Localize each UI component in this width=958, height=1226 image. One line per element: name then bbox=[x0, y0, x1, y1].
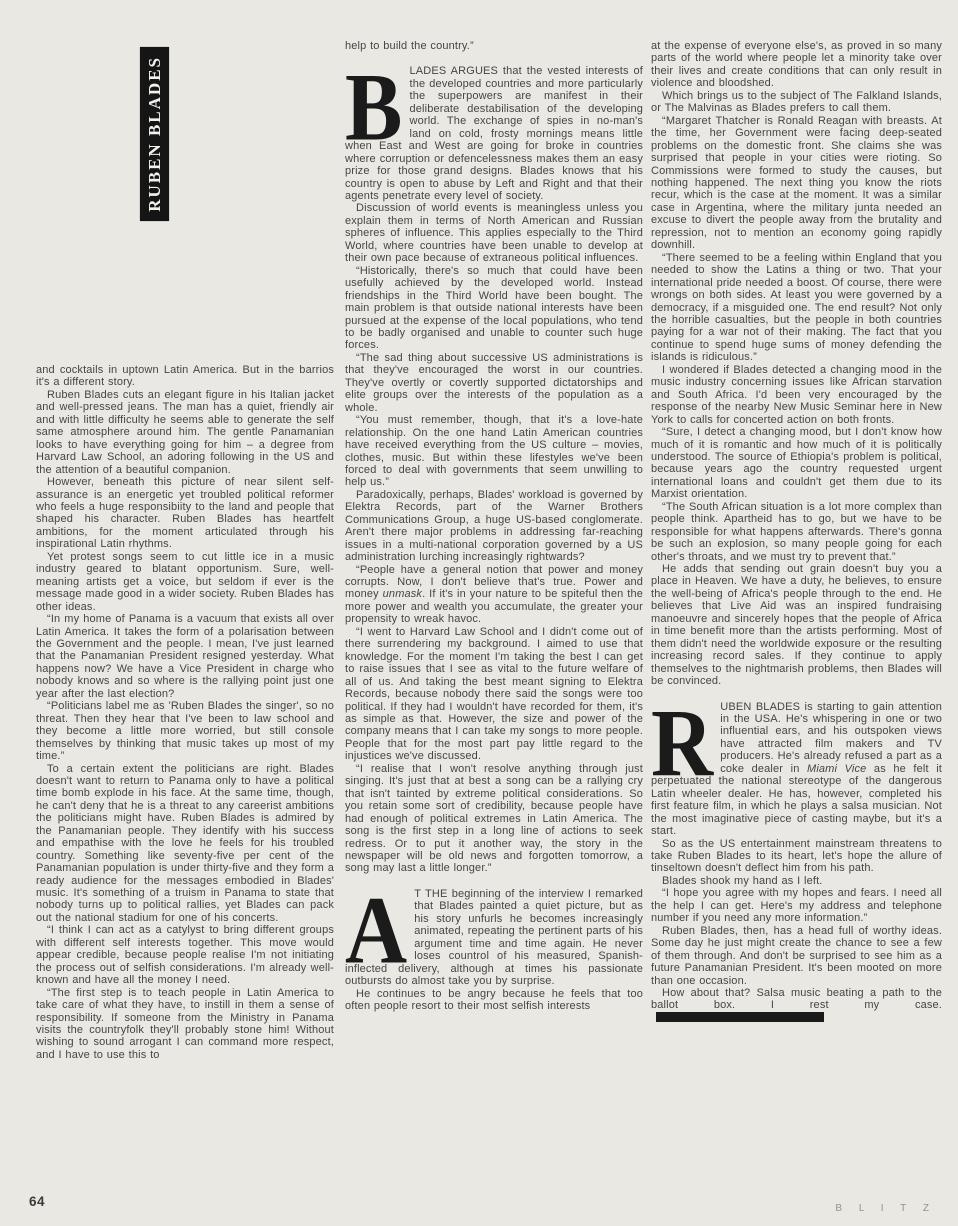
text-run: Discussion of world events is meaningles… bbox=[345, 202, 643, 264]
text-run: To a certain extent the politicians are … bbox=[36, 763, 334, 924]
text-run: Ruben Blades cuts an elegant figure in h… bbox=[36, 389, 334, 476]
text-run: “There seemed to be a feeling within Eng… bbox=[651, 252, 942, 364]
magazine-logo: B L I T Z bbox=[835, 1203, 936, 1214]
article-paragraph: “The sad thing about successive US admin… bbox=[345, 352, 643, 414]
text-run: However, beneath this picture of near si… bbox=[36, 476, 334, 550]
text-run: “You must remember, though, that it's a … bbox=[345, 414, 643, 488]
article-paragraph: “I went to Harvard Law School and I didn… bbox=[345, 626, 643, 763]
text-run: “I went to Harvard Law School and I didn… bbox=[345, 626, 643, 763]
article-paragraph: “I hope you agree with my hopes and fear… bbox=[651, 887, 942, 924]
text-run: Paradoxically, perhaps, Blades' workload… bbox=[345, 489, 643, 563]
article-paragraph: However, beneath this picture of near si… bbox=[36, 476, 334, 551]
article-paragraph: Paradoxically, perhaps, Blades' workload… bbox=[345, 489, 643, 564]
italic-text: Miami Vice bbox=[807, 763, 866, 775]
article-paragraph: I wondered if Blades detected a changing… bbox=[651, 364, 942, 426]
article-paragraph: Which brings us to the subject of The Fa… bbox=[651, 90, 942, 115]
drop-cap: R bbox=[651, 704, 713, 782]
article-paragraph: “There seemed to be a feeling within Eng… bbox=[651, 252, 942, 364]
article-paragraph: AT THE beginning of the interview I rema… bbox=[345, 888, 643, 988]
article-paragraph: He continues to be angry because he feel… bbox=[345, 988, 643, 1013]
article-paragraph: “Margaret Thatcher is Ronald Reagan with… bbox=[651, 115, 942, 252]
article-paragraph: Yet protest songs seem to cut little ice… bbox=[36, 551, 334, 613]
article-paragraph: RUBEN BLADES is starting to gain attenti… bbox=[651, 701, 942, 838]
text-run: So as the US entertainment mainstream th… bbox=[651, 838, 942, 875]
text-run: “Politicians label me as 'Ruben Blades t… bbox=[36, 700, 334, 762]
article-paragraph: Ruben Blades cuts an elegant figure in h… bbox=[36, 389, 334, 476]
article-paragraph: So as the US entertainment mainstream th… bbox=[651, 838, 942, 875]
vertical-title-bar: RUBEN BLADES bbox=[140, 47, 169, 221]
article-column-middle: help to build the country.”BLADES ARGUES… bbox=[345, 40, 643, 1012]
text-run: help to build the country.” bbox=[345, 40, 474, 52]
text-run: and cocktails in uptown Latin America. B… bbox=[36, 364, 334, 388]
article-column-left: and cocktails in uptown Latin America. B… bbox=[36, 364, 334, 1061]
text-run: “The first step is to teach people in La… bbox=[36, 987, 334, 1061]
article-paragraph: “I think I can act as a catylyst to brin… bbox=[36, 924, 334, 986]
article-paragraph: He adds that sending out grain doesn't b… bbox=[651, 563, 942, 688]
text-run: “In my home of Panama is a vacuum that e… bbox=[36, 613, 334, 700]
article-paragraph: To a certain extent the politicians are … bbox=[36, 763, 334, 925]
article-paragraph: at the expense of everyone else's, as pr… bbox=[651, 40, 942, 90]
text-run: I wondered if Blades detected a changing… bbox=[651, 364, 942, 426]
drop-cap: B bbox=[345, 68, 403, 146]
article-paragraph: “Politicians label me as 'Ruben Blades t… bbox=[36, 700, 334, 762]
article-paragraph: “You must remember, though, that it's a … bbox=[345, 414, 643, 489]
text-run: “Historically, there's so much that coul… bbox=[345, 265, 643, 352]
article-paragraph: Ruben Blades, then, has a head full of w… bbox=[651, 925, 942, 987]
text-run: “The sad thing about successive US admin… bbox=[345, 352, 643, 414]
text-run: “I realise that I won't resolve anything… bbox=[345, 763, 643, 875]
text-run: “The South African situation is a lot mo… bbox=[651, 501, 942, 563]
magazine-page: RUBEN BLADES and cocktails in uptown Lat… bbox=[0, 0, 958, 1226]
text-run: He adds that sending out grain doesn't b… bbox=[651, 563, 942, 687]
article-paragraph: help to build the country.” bbox=[345, 40, 643, 52]
text-run: Which brings us to the subject of The Fa… bbox=[651, 90, 942, 114]
article-paragraph: “In my home of Panama is a vacuum that e… bbox=[36, 613, 334, 700]
text-run: Blades shook my hand as I left. bbox=[662, 875, 823, 887]
article-title: RUBEN BLADES bbox=[145, 56, 165, 212]
article-column-right: at the expense of everyone else's, as pr… bbox=[651, 40, 942, 1024]
article-paragraph: and cocktails in uptown Latin America. B… bbox=[36, 364, 334, 389]
text-run: “I hope you agree with my hopes and fear… bbox=[651, 887, 942, 924]
text-run: “Sure, I detect a changing mood, but I d… bbox=[651, 426, 942, 500]
article-paragraph: “The South African situation is a lot mo… bbox=[651, 501, 942, 563]
text-run: Ruben Blades, then, has a head full of w… bbox=[651, 925, 942, 987]
text-run: He continues to be angry because he feel… bbox=[345, 988, 643, 1012]
text-run: Yet protest songs seem to cut little ice… bbox=[36, 551, 334, 613]
text-run: at the expense of everyone else's, as pr… bbox=[651, 40, 942, 89]
article-paragraph: “People have a general notion that power… bbox=[345, 564, 643, 626]
article-paragraph: BLADES ARGUES that the vested interests … bbox=[345, 65, 643, 202]
article-paragraph: “The first step is to teach people in La… bbox=[36, 987, 334, 1062]
article-paragraph: Discussion of world events is meaningles… bbox=[345, 202, 643, 264]
text-run: “I think I can act as a catylyst to brin… bbox=[36, 924, 334, 986]
italic-text: unmask bbox=[383, 588, 422, 600]
article-paragraph: “Historically, there's so much that coul… bbox=[345, 265, 643, 352]
article-end-mark bbox=[656, 1012, 824, 1022]
page-number: 64 bbox=[29, 1194, 45, 1209]
article-paragraph: “I realise that I won't resolve anything… bbox=[345, 763, 643, 875]
drop-cap: A bbox=[345, 891, 407, 969]
article-paragraph: How about that? Salsa music beating a pa… bbox=[651, 987, 942, 1024]
text-run: How about that? Salsa music beating a pa… bbox=[651, 987, 942, 1011]
article-paragraph: Blades shook my hand as I left. bbox=[651, 875, 942, 887]
article-paragraph: “Sure, I detect a changing mood, but I d… bbox=[651, 426, 942, 501]
text-run: “Margaret Thatcher is Ronald Reagan with… bbox=[651, 115, 942, 252]
